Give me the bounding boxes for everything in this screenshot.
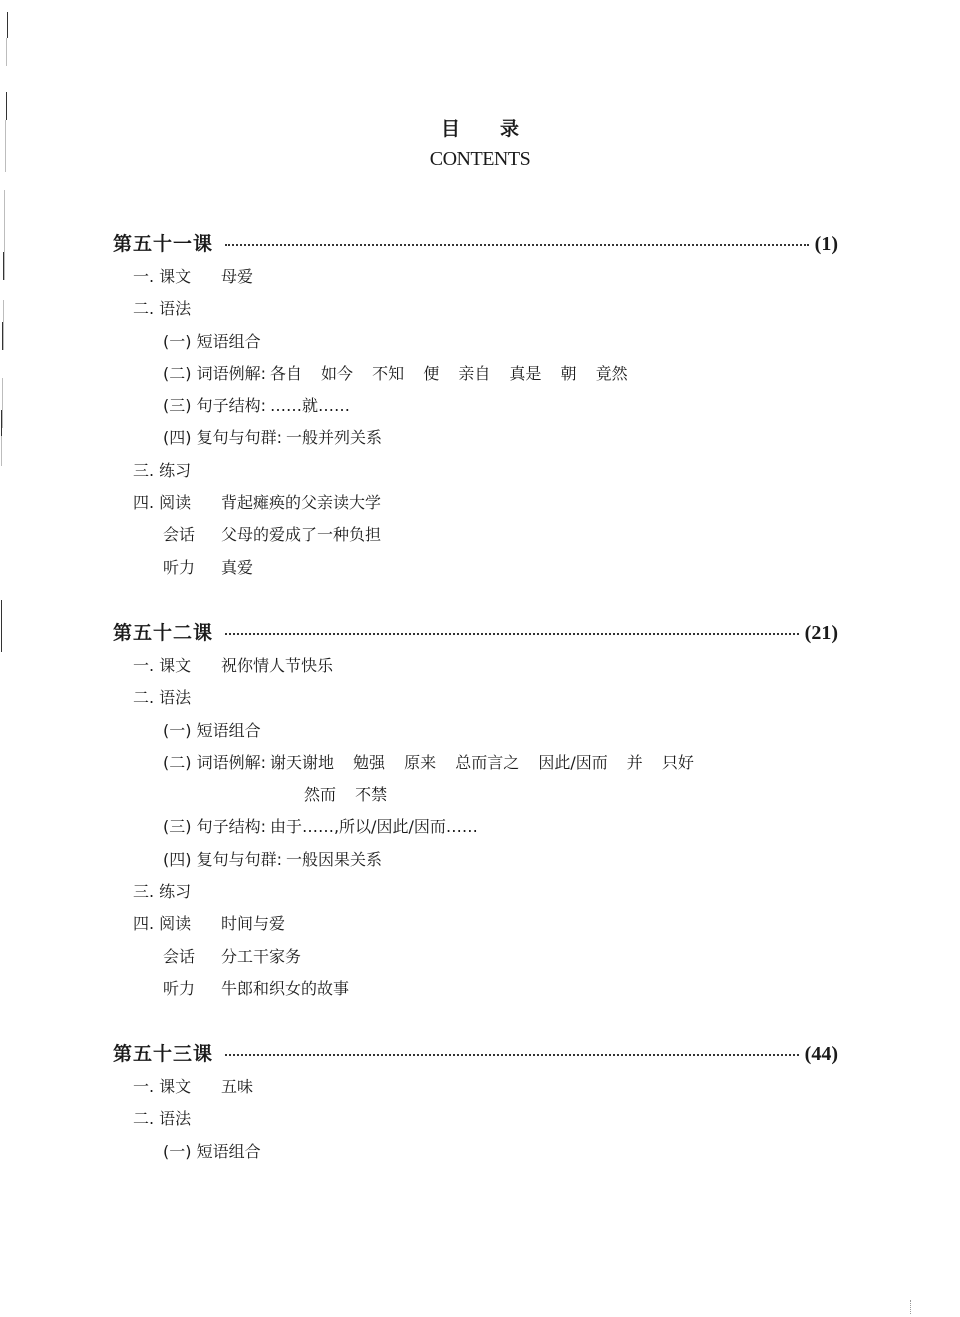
toc-item-label: 听力 [163,973,221,1005]
toc-item-label: (四) 复句与句群: [163,422,282,454]
toc-item: 四. 阅读背起瘫痪的父亲读大学 [113,487,838,519]
toc-subitem: (三) 句子结构:……就…… [113,390,838,422]
toc-item-text: 牛郎和织女的故事 [221,973,349,1005]
scan-margin-line [1,436,2,466]
toc-subitem: (四) 复句与句群:一般并列关系 [113,422,838,454]
toc-item-text: 分工干家务 [221,941,301,973]
toc-subitem: (二) 词语例解:谢天谢地 勉强 原来 总而言之 因此/因而 并 只好 [113,747,838,779]
toc-item: 会话父母的爱成了一种负担 [113,519,838,551]
toc-item-label: 二. 语法 [133,293,191,325]
page-title: 目录 [0,114,960,141]
toc-lesson-heading[interactable]: 第五十三课 (44) [113,1039,838,1071]
toc-item-text: 五味 [221,1071,253,1103]
toc-item-label: 会话 [163,941,221,973]
lesson-page-number: (1) [815,233,838,256]
toc-item-text: 各自 如今 不知 便 亲自 真是 朝 竟然 [270,358,628,390]
lesson-title: 第五十三课 [113,1039,213,1066]
toc-item-label: 四. 阅读 [133,487,221,519]
toc-item-label: 二. 语法 [133,682,191,714]
toc-item-label: 会话 [163,519,221,551]
toc-item: 三. 练习 [113,455,838,487]
toc-item-text: 一般并列关系 [286,422,382,454]
toc-item-label: 一. 课文 [133,1071,221,1103]
toc-item: 一. 课文祝你情人节快乐 [113,650,838,682]
scan-margin-line [3,300,4,350]
toc-lesson: 第五十二课 (21) 一. 课文祝你情人节快乐 二. 语法 (一) 短语组合 (… [113,618,838,1005]
scan-margin-line [1,600,2,652]
toc-item-text: 由于……,所以/因此/因而…… [270,811,478,843]
toc-item: 四. 阅读时间与爱 [113,908,838,940]
toc-item-text: 然而 不禁 [304,779,387,811]
toc-lesson-heading[interactable]: 第五十一课 (1) [113,229,838,261]
lesson-page-number: (21) [805,622,838,645]
toc-item-label: 一. 课文 [133,261,221,293]
toc-item-label: (四) 复句与句群: [163,844,282,876]
toc-item: 会话分工干家务 [113,941,838,973]
toc-item: 一. 课文五味 [113,1071,838,1103]
toc-subitem: (一) 短语组合 [113,1136,838,1168]
toc-subitem: (一) 短语组合 [113,326,838,358]
toc-item-text: 母爱 [221,261,253,293]
toc-item-label: 听力 [163,552,221,584]
toc-subitem-continuation: 然而 不禁 [113,779,838,811]
toc-item: 一. 课文母爱 [113,261,838,293]
toc-item-text: 一般因果关系 [286,844,382,876]
toc-subitem: (一) 短语组合 [113,715,838,747]
toc-item-text: 父母的爱成了一种负担 [221,519,381,551]
toc-item-text: 真爱 [221,552,253,584]
page-subtitle: CONTENTS [0,148,960,171]
toc-item-text: ……就…… [270,390,350,422]
toc-item-label: (三) 句子结构: [163,390,266,422]
toc-item-label: (三) 句子结构: [163,811,266,843]
lesson-page-number: (44) [805,1043,838,1066]
toc-item-label: (一) 短语组合 [163,1136,261,1168]
toc-item: 二. 语法 [113,1103,838,1135]
toc-subitem: (三) 句子结构:由于……,所以/因此/因而…… [113,811,838,843]
toc-item-text: 祝你情人节快乐 [221,650,333,682]
toc-item-label: (一) 短语组合 [163,326,261,358]
scan-margin-line [2,378,3,428]
toc-item-text: 时间与爱 [221,908,285,940]
scan-artifact-marks [910,1300,913,1314]
toc-item-label: 一. 课文 [133,650,221,682]
scan-margin-line [4,190,5,280]
toc-item-label: 二. 语法 [133,1103,191,1135]
toc-item-label: (二) 词语例解: [163,747,266,779]
toc-lesson-heading[interactable]: 第五十二课 (21) [113,618,838,650]
lesson-title: 第五十一课 [113,229,213,256]
toc-item-label: (一) 短语组合 [163,715,261,747]
toc-subitem: (四) 复句与句群:一般因果关系 [113,844,838,876]
lesson-title: 第五十二课 [113,618,213,645]
scan-margin-line [6,38,7,66]
toc-lesson: 第五十一课 (1) 一. 课文母爱 二. 语法 (一) 短语组合 (二) 词语例… [113,229,838,584]
toc-item: 听力牛郎和织女的故事 [113,973,838,1005]
toc-item-label: 四. 阅读 [133,908,221,940]
scan-margin-line [2,322,3,350]
toc-item-label: 三. 练习 [133,876,191,908]
dot-leader [225,633,799,635]
toc-item-text: 谢天谢地 勉强 原来 总而言之 因此/因而 并 只好 [270,747,694,779]
toc-item: 听力真爱 [113,552,838,584]
toc-item: 二. 语法 [113,293,838,325]
scan-margin-line [3,252,4,280]
toc-item-text: 背起瘫痪的父亲读大学 [221,487,381,519]
toc-item-label: (二) 词语例解: [163,358,266,390]
toc-item: 二. 语法 [113,682,838,714]
scan-margin-line [1,410,2,436]
dot-leader [225,1054,799,1056]
scan-margin-line [7,12,8,38]
toc-lesson: 第五十三课 (44) 一. 课文五味 二. 语法 (一) 短语组合 [113,1039,838,1168]
dot-leader [225,244,809,246]
toc-item: 三. 练习 [113,876,838,908]
toc-item-label: 三. 练习 [133,455,191,487]
toc-subitem: (二) 词语例解:各自 如今 不知 便 亲自 真是 朝 竟然 [113,358,838,390]
